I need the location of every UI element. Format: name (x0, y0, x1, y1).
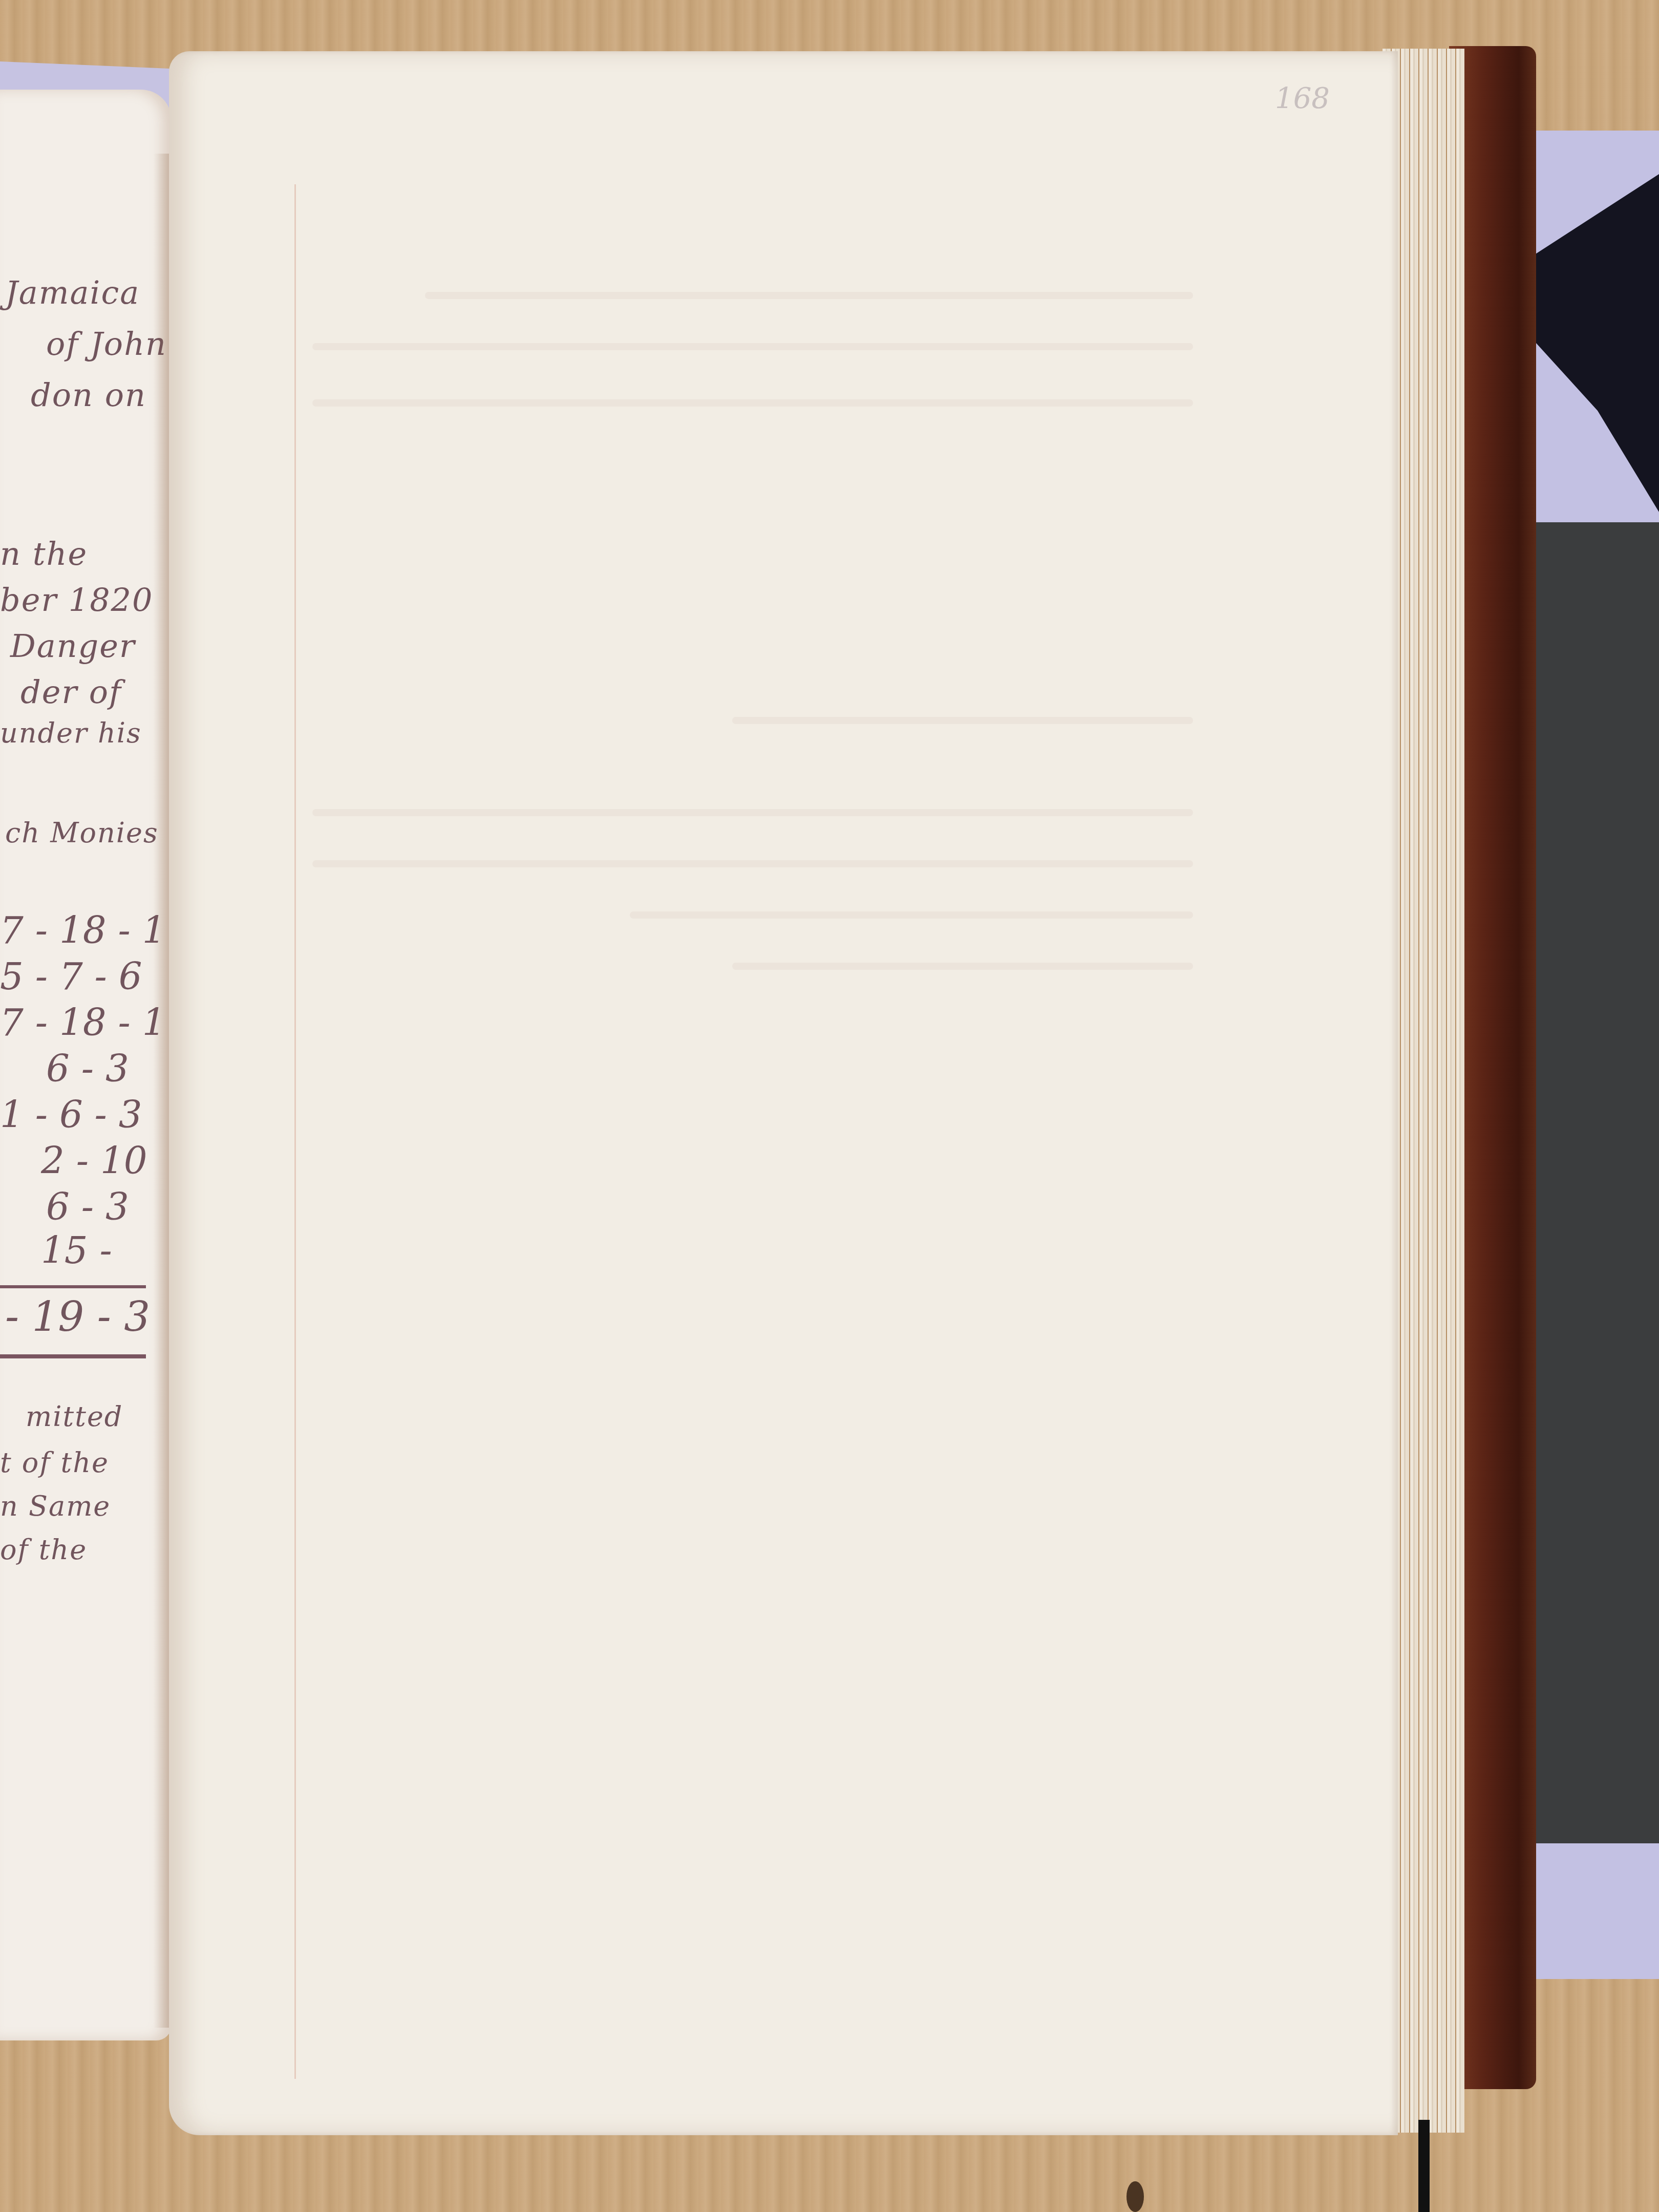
text-line: n the (0, 535, 88, 572)
text-line: Jamaica (5, 274, 140, 311)
ledger-amount: 7 - 18 - 1 (0, 909, 165, 952)
wood-knot (1126, 2181, 1144, 2212)
bleed-through-text (425, 292, 1193, 299)
margin-rule-line (294, 184, 296, 2079)
page-number: 168 (1275, 82, 1330, 115)
ledger-amount: 2 - 10 (41, 1139, 147, 1182)
ledger-amount: 6 - 3 (46, 1185, 129, 1228)
total-rule (0, 1354, 146, 1358)
text-line: under his (0, 717, 142, 749)
bookmark-ribbon[interactable] (1418, 2120, 1430, 2212)
text-line: of John (46, 325, 167, 363)
text-line: t of the (0, 1447, 109, 1479)
text-line: Danger (10, 627, 136, 665)
left-page: Jamaica of John don on n the ber 1820 Da… (0, 90, 172, 2040)
text-line: ch Monies (5, 817, 159, 849)
ledger-amount: 1 - 6 - 3 (0, 1093, 142, 1136)
bleed-through-text (630, 911, 1193, 919)
text-line: of the (0, 1534, 87, 1566)
ledger-amount: 7 - 18 - 1 (0, 1001, 165, 1044)
ledger-amount: 5 - 7 - 6 (0, 955, 142, 998)
bleed-through-text (312, 809, 1193, 816)
text-line: don on (31, 376, 146, 414)
ledger-total: - 19 - 3 (5, 1293, 150, 1341)
sum-rule (0, 1285, 146, 1288)
bleed-through-text (732, 717, 1193, 724)
bleed-through-text (312, 343, 1193, 350)
text-line: n Same (0, 1490, 111, 1522)
ledger-amount: 6 - 3 (46, 1047, 129, 1090)
bleed-through-text (732, 963, 1193, 970)
text-line: ber 1820 (0, 581, 154, 619)
bleed-through-text (312, 399, 1193, 407)
text-line: der of (20, 673, 122, 711)
ledger-amount: 15 - (41, 1229, 112, 1272)
right-page: 168 (169, 51, 1398, 2135)
text-line: mitted (26, 1400, 123, 1433)
bleed-through-text (312, 860, 1193, 867)
